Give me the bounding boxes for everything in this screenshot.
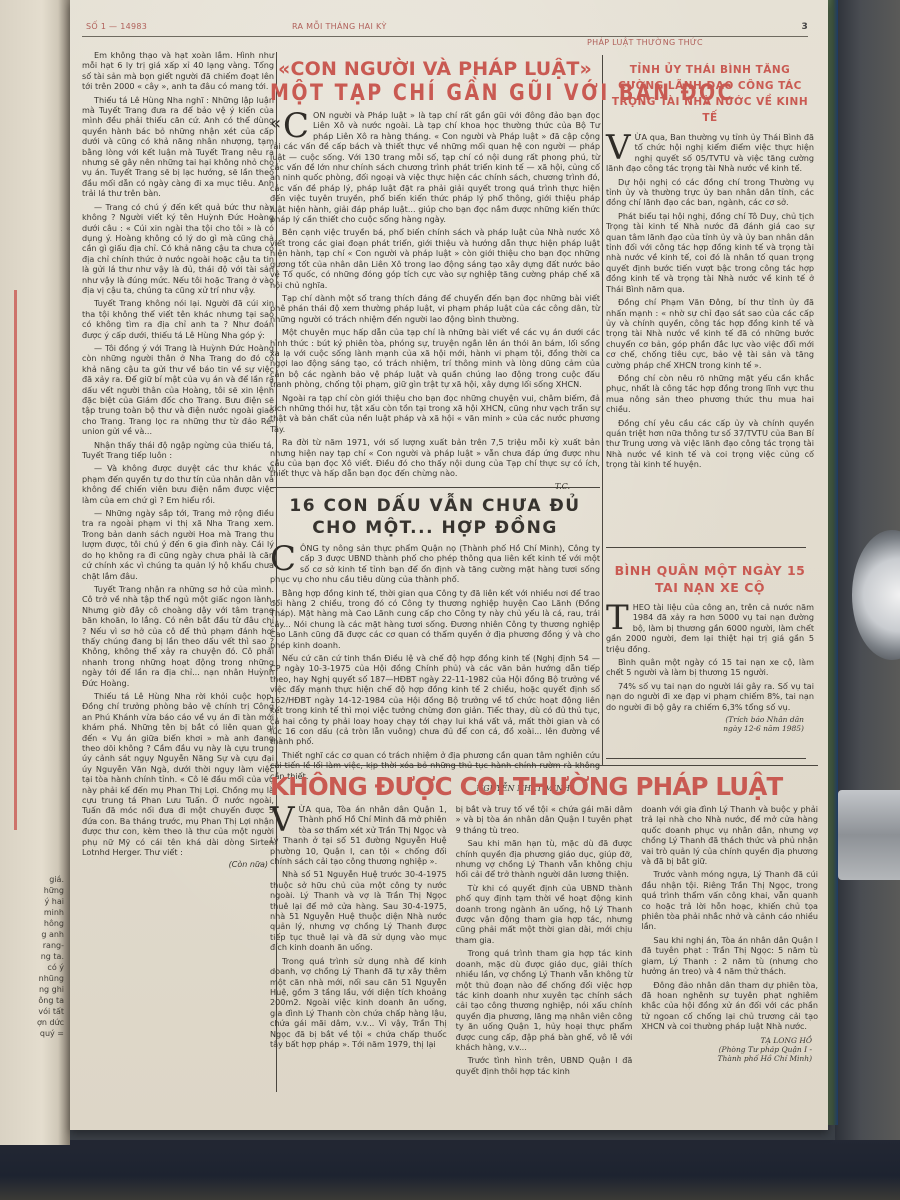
article-paragraphs: bị bắt và truy tố về tội « chứa gái mãi …	[456, 804, 633, 1076]
paragraph: Đông đảo nhân dân tham dự phiên tòa, đã …	[641, 980, 818, 1032]
text-fragment: ý hai	[4, 897, 64, 908]
paragraph: Trong quá trình tham gia hợp tác kinh do…	[456, 948, 633, 1052]
article-seals-body: C ÔNG ty nông sản thực phẩm Quận nọ (Thà…	[270, 543, 600, 794]
article-law: KHÔNG ĐƯỢC COI THƯỜNG PHÁP LUẬT V ỪA qua…	[270, 772, 818, 1079]
drop-cap: C	[270, 544, 296, 574]
article-paragraphs: Dự hội nghị có các đồng chí trong Thường…	[606, 177, 814, 470]
paragraph: Thiếu tá Lê Hùng Nha nghĩ : Những lập lu…	[82, 95, 274, 199]
text-fragment: quý =	[4, 1029, 64, 1040]
article-seals-headline: 16 CON DẤU VẪN CHƯA ĐỦ CHO MỘT... HỢP ĐỒ…	[270, 495, 600, 539]
article-traffic-body: T HEO tài liệu của công an, trên cả nước…	[606, 602, 814, 733]
paragraph: Đồng chí Phạm Văn Đông, bí thư tỉnh ủy đ…	[606, 297, 814, 370]
source-citation-2: ngày 12-6 năm 1985)	[606, 724, 804, 733]
section-rule	[606, 758, 806, 759]
drop-cap: V	[606, 133, 631, 163]
paragraph: Phát biểu tại hội nghị, đồng chí Tô Duy,…	[606, 211, 814, 294]
publication-frequency: RA MỖI THÁNG HAI KỲ	[292, 22, 387, 31]
paragraph: bị bắt và truy tố về tội « chứa gái mãi …	[456, 804, 633, 835]
paragraph: — Những ngày sắp tới, Trang mở rộng điều…	[82, 508, 274, 581]
paragraph: Đồng chí yêu cầu các cấp ủy và chính quy…	[606, 418, 814, 470]
paragraph: Em không thạo và hạt xoàn lắm. Hình như …	[82, 50, 274, 92]
article-magazine: «CON NGƯỜI VÀ PHÁP LUẬT» MỘT TẠP CHÍ GẦN…	[270, 58, 600, 492]
red-margin-line	[14, 290, 17, 830]
article-law-col-1: V ỪA qua, Tòa án nhân dân Quận 1, Thành …	[270, 804, 447, 1079]
article-law-col-3: doanh với gia đình Lý Thanh và buộc y ph…	[641, 804, 818, 1079]
article-thaibinh-headline: TỈNH ỦY THÁI BÌNH TĂNG CƯỜNG LÃNH ĐẠO CÔ…	[606, 62, 814, 126]
paragraph: Tuyết Trang không nói lại. Người đã cúi …	[82, 298, 274, 340]
paragraph: Trước vành móng ngựa, Lý Thanh đã cúi đầ…	[641, 869, 818, 931]
signature-org-1: (Phòng Tư pháp Quận I -	[641, 1045, 812, 1054]
newspaper-page: SỐ 1 — 14983 RA MỖI THÁNG HAI KỲ PHÁP LU…	[70, 0, 828, 1130]
desk-bottom-background	[0, 1140, 900, 1200]
paragraph: — Tôi đồng ý với Trang là Huỳnh Đức Hoàn…	[82, 343, 274, 437]
serial-story-paragraphs: Em không thạo và hạt xoàn lắm. Hình như …	[82, 50, 274, 857]
text-fragment: nhũng	[4, 974, 64, 985]
to-be-continued: (Còn nữa)	[82, 860, 268, 870]
article-traffic-headline: BÌNH QUÂN MỘT NGÀY 15 TAI NẠN XE CỘ	[606, 562, 814, 596]
paragraph: Trước tình hình trên, UBND Quận I đã quy…	[456, 1055, 633, 1076]
paragraph: — Trang có chú ý đến kết quả bức thư này…	[82, 202, 274, 296]
paragraph: Từ khi có quyết định của UBND thành phố …	[456, 883, 633, 945]
article-lede: ỪA qua, Ban thường vụ tỉnh ủy Thái Bình …	[606, 132, 814, 173]
article-lede: HEO tài liệu của công an, trên cả nước n…	[606, 602, 814, 654]
article-paragraphs: ỪA qua, Tòa án nhân dân Quận 1, Thành ph…	[270, 804, 447, 1049]
serial-story-column: Em không thạo và hạt xoàn lắm. Hình như …	[82, 50, 274, 871]
article-paragraphs: Bằng hợp đồng kinh tế, thời gian qua Côn…	[270, 588, 600, 781]
drop-cap: C	[283, 111, 309, 141]
text-fragment: ng ta.	[4, 952, 64, 963]
paragraph: Tuyết Trang nhận ra những sơ hở của mình…	[82, 584, 274, 688]
article-thaibinh: TỈNH ỦY THÁI BÌNH TĂNG CƯỜNG LÃNH ĐẠO CÔ…	[606, 62, 814, 473]
paragraph: — Và không được duyệt các thư khác vì ph…	[82, 463, 274, 505]
page-number: 3	[801, 22, 808, 32]
section-name: PHÁP LUẬT THƯỜNG THỨC	[587, 38, 703, 47]
section-rule	[606, 547, 806, 548]
paragraph: Ra đời từ năm 1971, với số lượng xuất bả…	[270, 437, 600, 479]
article-law-headline: KHÔNG ĐƯỢC COI THƯỜNG PHÁP LUẬT	[270, 772, 818, 801]
column-rule	[602, 55, 603, 765]
text-fragment: rang-	[4, 941, 64, 952]
text-fragment: g anh	[4, 930, 64, 941]
source-citation-1: (Trích báo Nhân dân	[606, 715, 804, 724]
article-magazine-headline-1: «CON NGƯỜI VÀ PHÁP LUẬT»	[270, 58, 600, 80]
article-magazine-body: « C ON người và Pháp luật » là tạp chí r…	[270, 110, 600, 492]
paragraph: Bằng hợp đồng kinh tế, thời gian qua Côn…	[270, 588, 600, 650]
article-signature: T.C.	[270, 482, 570, 492]
paragraph: Trong quá trình sử dụng nhà để kinh doan…	[270, 956, 447, 1050]
article-seals: 16 CON DẤU VẪN CHƯA ĐỦ CHO MỘT... HỢP ĐỒ…	[270, 495, 600, 794]
article-lede: ÔNG ty nông sản thực phẩm Quận nọ (Thành…	[270, 543, 600, 584]
text-fragment: minh	[4, 908, 64, 919]
drop-cap: V	[270, 805, 295, 835]
metal-object	[838, 790, 900, 880]
issue-number: SỐ 1 — 14983	[86, 22, 147, 31]
signature-org-2: Thành phố Hồ Chí Minh)	[641, 1054, 812, 1063]
article-paragraphs: Bình quân một ngày có 15 tai nạn xe cộ, …	[606, 657, 814, 712]
article-lede: ON người và Pháp luật » là tạp chí rất g…	[270, 110, 600, 224]
article-signature: TẠ LONG HỒ	[641, 1036, 812, 1045]
paragraph: Một chuyên mục hấp dẫn của tạp chí là nh…	[270, 327, 600, 389]
text-fragment: ng ghi	[4, 985, 64, 996]
paragraph: 74% số vụ tai nạn do người lái gây ra. S…	[606, 681, 814, 712]
paragraph: Tạp chí dành một số trang thích đáng để …	[270, 293, 600, 324]
paragraph: Bình quân một ngày có 15 tai nạn xe cộ, …	[606, 657, 814, 678]
paragraph: Nhà số 51 Nguyễn Huệ trước 30-4-1975 thu…	[270, 869, 447, 952]
text-fragment: ợn dức	[4, 1018, 64, 1029]
text-fragment: có ý	[4, 963, 64, 974]
drop-cap: T	[606, 603, 629, 633]
spine-shadow	[58, 0, 70, 1145]
paragraph: Đồng chí còn nêu rõ những mặt yếu cần kh…	[606, 373, 814, 415]
quote-mark: «	[270, 110, 281, 138]
paragraph: doanh với gia đình Lý Thanh và buộc y ph…	[641, 804, 818, 866]
article-law-columns: V ỪA qua, Tòa án nhân dân Quận 1, Thành …	[270, 804, 818, 1079]
facing-page-edge: giá.hữngý haiminhhôngg anhrang-ng ta.có …	[0, 0, 70, 1145]
text-fragment: hững	[4, 886, 64, 897]
text-fragment: vói tất	[4, 1007, 64, 1018]
article-magazine-headline-2: MỘT TẠP CHÍ GẦN GŨI VỚI BẠN ĐỌC	[270, 80, 600, 105]
article-thaibinh-body: V ỪA qua, Ban thường vụ tỉnh ủy Thái Bìn…	[606, 132, 814, 470]
article-law-col-2: bị bắt và truy tố về tội « chứa gái mãi …	[456, 804, 633, 1079]
paragraph: Nhận thấy thái độ ngập ngừng của thiếu t…	[82, 440, 274, 461]
article-traffic: BÌNH QUÂN MỘT NGÀY 15 TAI NẠN XE CỘ T HE…	[606, 562, 814, 733]
text-fragment: hông	[4, 919, 64, 930]
article-paragraphs: doanh với gia đình Lý Thanh và buộc y ph…	[641, 804, 818, 1032]
article-paragraphs: Bên cạnh việc truyền bá, phổ biến chính …	[270, 227, 600, 478]
paragraph: Thiếu tá Lê Hùng Nha rời khỏi cuộc họp. …	[82, 691, 274, 858]
paragraph: Dự hội nghị có các đồng chí trong Thường…	[606, 177, 814, 208]
text-fragment: ông ta	[4, 996, 64, 1007]
paragraph: Sau khi mãn hạn tù, mặc dù đã được chính…	[456, 838, 633, 880]
running-header: SỐ 1 — 14983 RA MỖI THÁNG HAI KỲ PHÁP LU…	[82, 22, 808, 37]
paragraph: Sau khi nghị án, Tòa án nhân dân Quận I …	[641, 935, 818, 977]
text-fragment: giá.	[4, 875, 64, 886]
paragraph: Ngoài ra tạp chí còn giới thiệu cho bạn …	[270, 393, 600, 435]
paragraph: Nếu cứ căn cứ tinh thần Điều lệ và chế đ…	[270, 653, 600, 747]
paragraph: Bên cạnh việc truyền bá, phổ biến chính …	[270, 227, 600, 289]
paragraph: ỪA qua, Tòa án nhân dân Quận 1, Thành ph…	[270, 804, 447, 866]
